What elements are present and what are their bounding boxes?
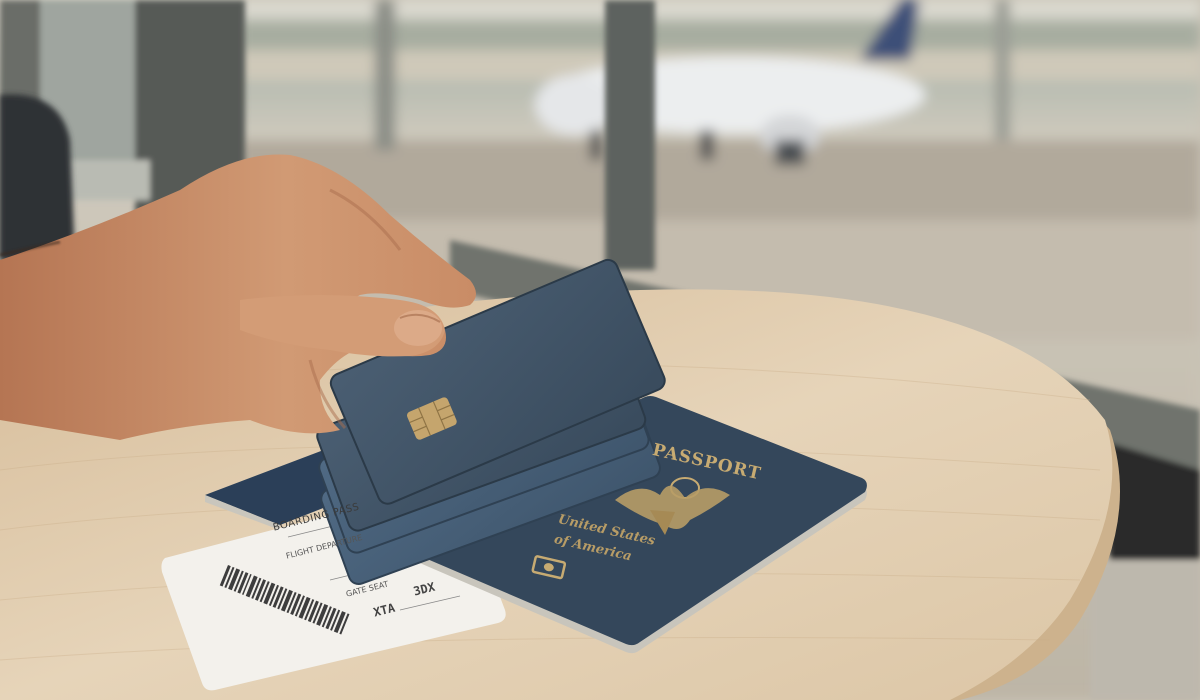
boarding-pass-seat: 3DX — [412, 580, 436, 599]
boarding-pass-code: XTA — [372, 601, 396, 620]
airport-travel-photo: PASSPORT United States of America BOARDI… — [0, 0, 1200, 700]
boarding-pass-line1: FLIGHT DEPARTURE — [285, 533, 363, 561]
boarding-pass-line2: GATE SEAT — [345, 579, 389, 598]
passport-title: PASSPORT — [651, 440, 764, 484]
printed-text-layer: PASSPORT United States of America BOARDI… — [0, 0, 1200, 700]
boarding-pass-title: BOARDING PASS — [272, 502, 361, 534]
